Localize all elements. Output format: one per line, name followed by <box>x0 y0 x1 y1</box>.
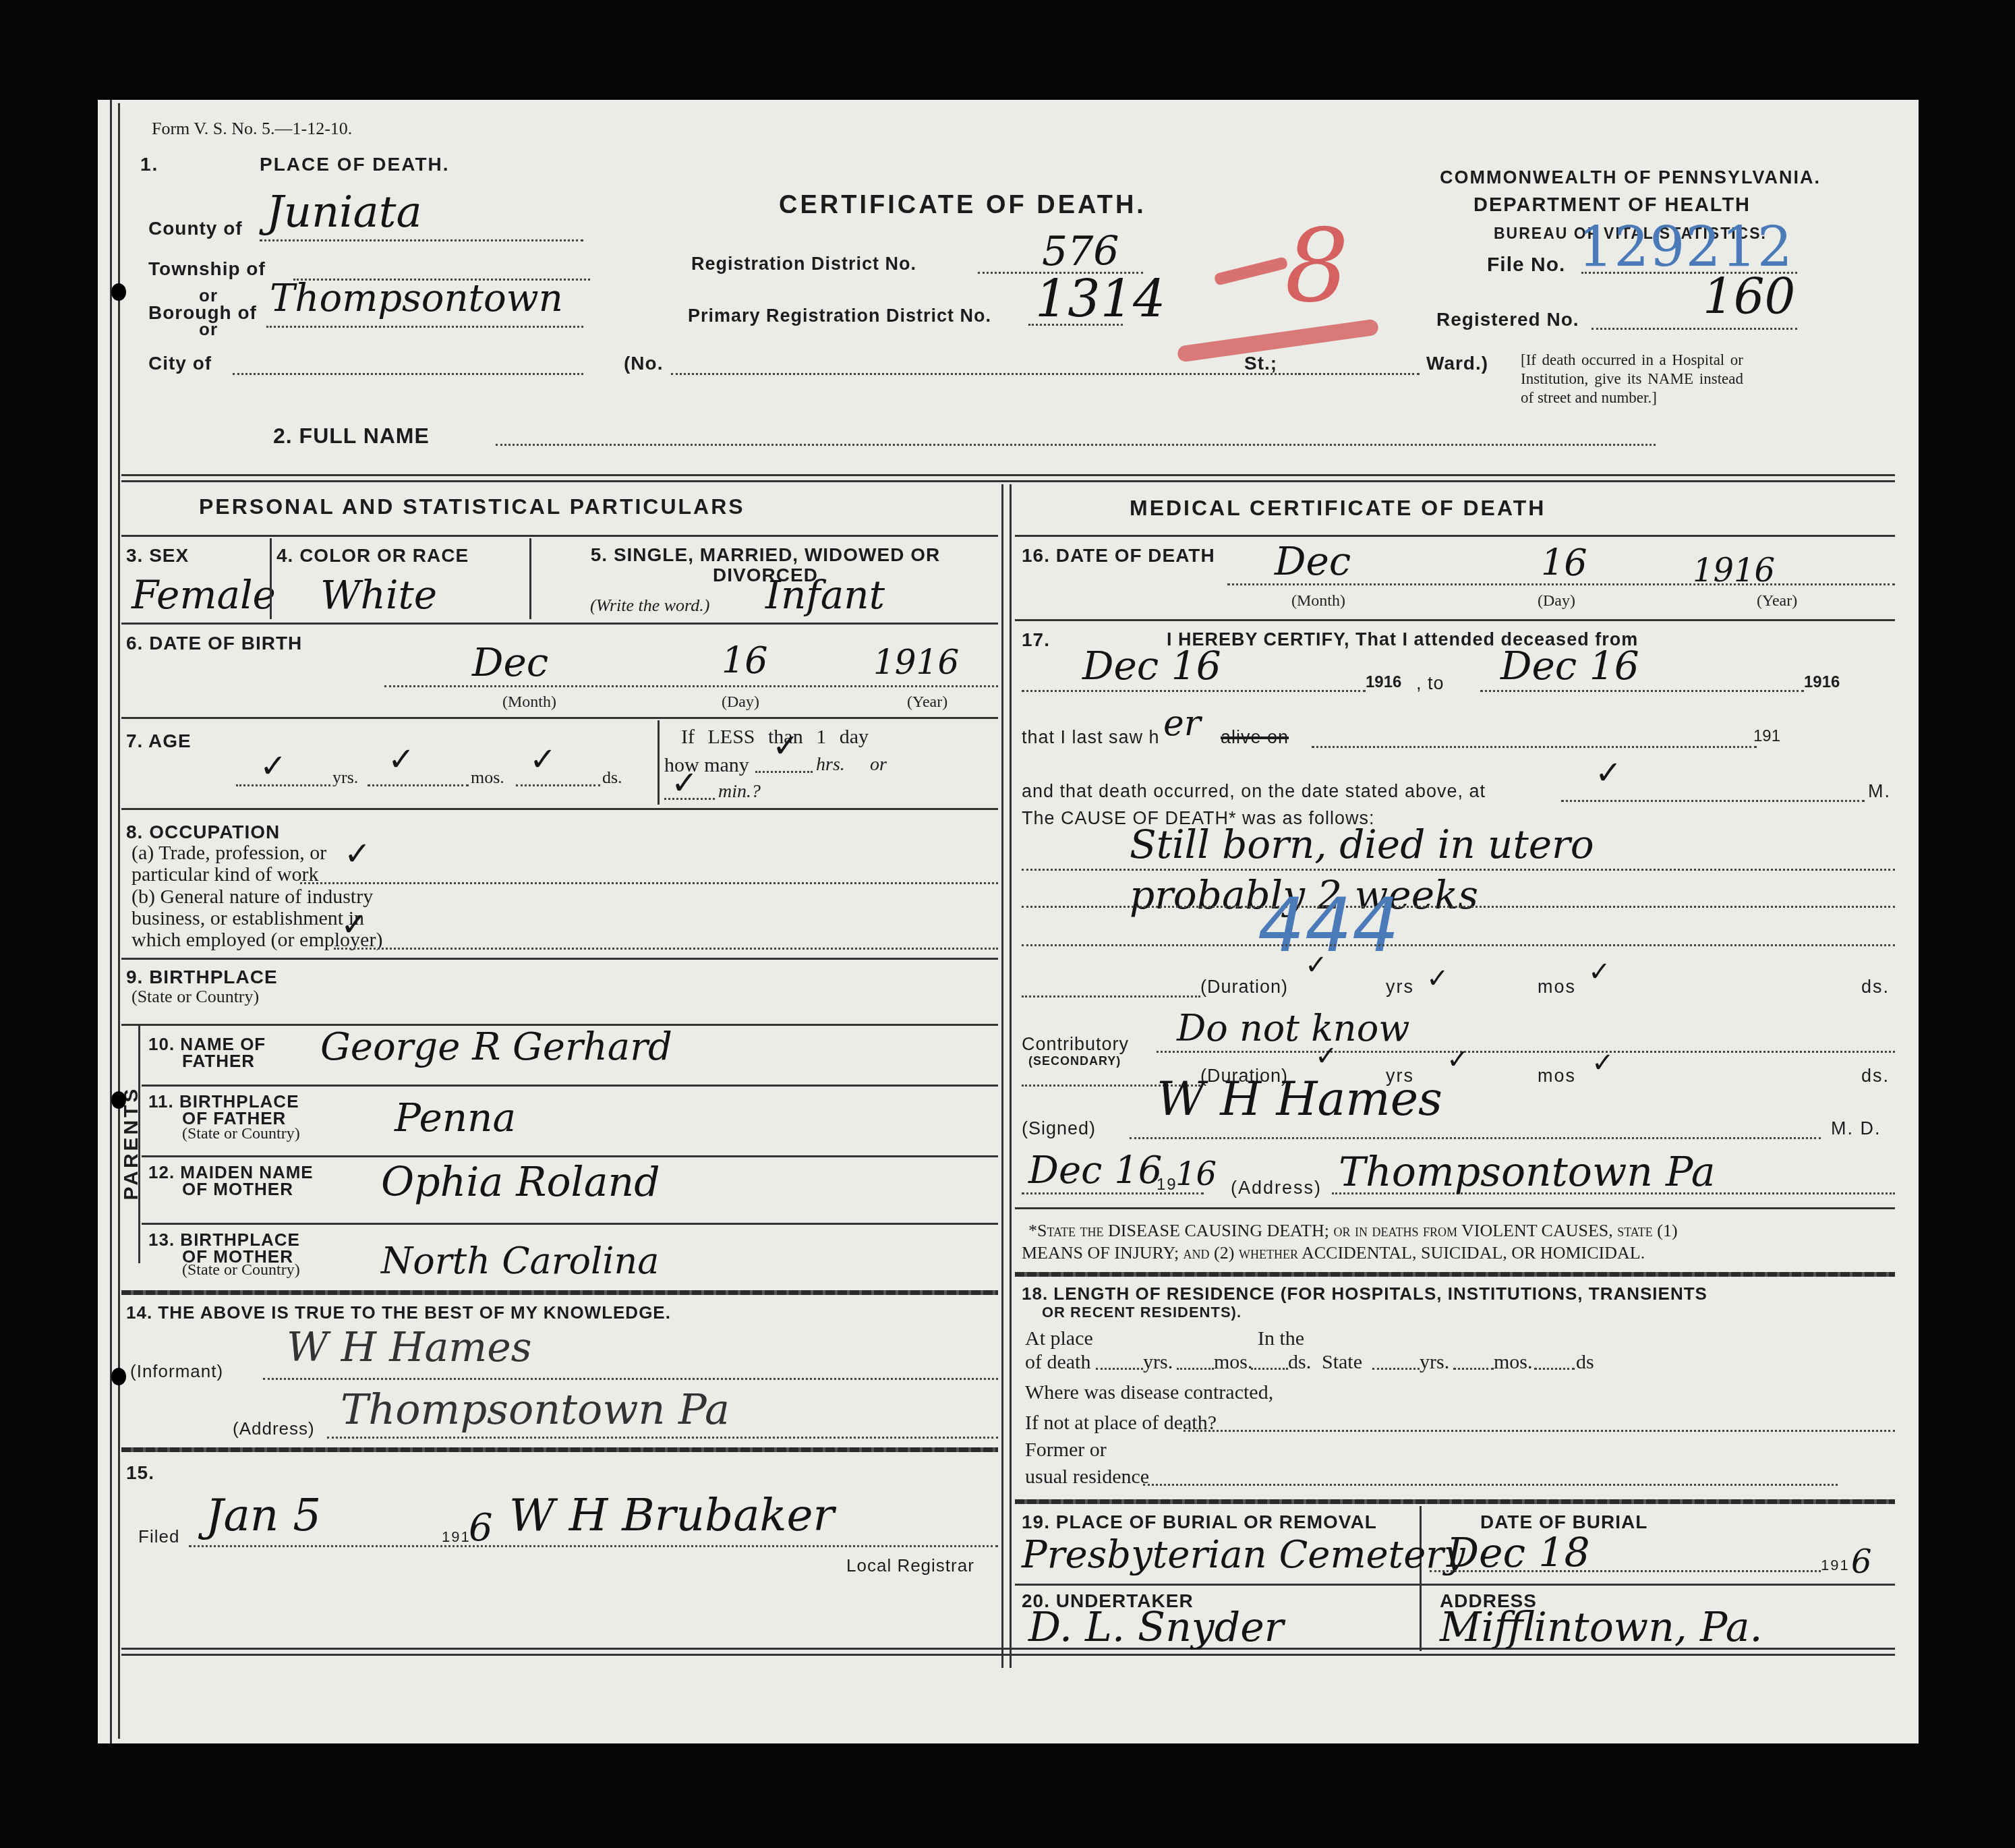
city-line <box>233 373 583 375</box>
street-st-label: St.; <box>1244 353 1277 374</box>
marital-value[interactable]: Infant <box>765 572 885 618</box>
month-caption: (Month) <box>1291 592 1345 610</box>
punch-hole <box>111 283 126 301</box>
age-mos-line <box>368 784 469 786</box>
age-ds-line <box>516 784 600 786</box>
row-divider <box>142 1085 998 1087</box>
cause-line <box>1022 906 1895 908</box>
in-the-text: In the <box>1258 1327 1304 1350</box>
mos-caption: mos. <box>471 768 504 788</box>
informant-address-caption: (Address) <box>233 1418 315 1439</box>
duration-line <box>1022 995 1200 998</box>
file-no-label: File No. <box>1487 254 1565 277</box>
contributory-value[interactable]: Do not know <box>1177 1007 1409 1049</box>
duration2-ds-check[interactable]: ✓ <box>1591 1047 1614 1078</box>
state-text: State <box>1322 1351 1362 1374</box>
row-divider <box>142 1223 998 1225</box>
month-caption: (Month) <box>502 693 556 712</box>
registered-no-label: Registered No. <box>1436 309 1579 330</box>
issuer-line2: DEPARTMENT OF HEALTH <box>1473 194 1751 216</box>
yrs-caption: yrs. <box>1420 1351 1449 1374</box>
full-name-label: 2. FULL NAME <box>273 424 430 449</box>
res-line <box>1096 1368 1143 1370</box>
row-divider <box>121 808 998 810</box>
punch-hole <box>111 1091 126 1109</box>
township-label: Township of <box>148 258 266 280</box>
occupation-a-line1: (a) Trade, profession, or <box>132 842 326 865</box>
res-line <box>1372 1368 1420 1370</box>
mos-caption: mos <box>1538 977 1576 998</box>
dob-year[interactable]: 1916 <box>873 643 959 682</box>
filed-year-prefix: 191 <box>442 1528 471 1546</box>
sign-year-suffix[interactable]: 16 <box>1175 1155 1217 1193</box>
yrs-caption: yrs. <box>332 768 358 788</box>
hrs-caption: hrs. <box>816 754 845 776</box>
dob-day[interactable]: 16 <box>722 639 768 682</box>
yrs-caption: yrs. <box>1143 1351 1173 1374</box>
occupation-a-line <box>300 882 998 884</box>
red-underline-mark <box>1177 318 1379 363</box>
ds-caption: ds. <box>602 768 622 788</box>
mother-bp-sub: (State or Country) <box>182 1261 300 1279</box>
sign-year-prefix: 19 <box>1157 1176 1177 1194</box>
race-value[interactable]: White <box>320 572 437 618</box>
less-min-check[interactable]: ✓ <box>671 764 698 802</box>
duration1-mos-check[interactable]: ✓ <box>1426 963 1449 994</box>
dod-day[interactable]: 16 <box>1541 542 1587 584</box>
age-ds-check[interactable]: ✓ <box>529 741 556 778</box>
hospital-note: [If death occurred in a Hospital or Inst… <box>1521 351 1743 407</box>
contracted-line <box>1184 1430 1895 1432</box>
birthplace-label: 9. BIRTHPLACE <box>126 966 278 988</box>
city-label: City of <box>148 353 212 374</box>
attended-from-year: 1916 <box>1366 673 1401 692</box>
informant-address-line <box>327 1437 998 1439</box>
ward-line <box>1298 373 1420 375</box>
row-divider <box>121 535 998 537</box>
cell-divider <box>658 720 660 805</box>
county-label: County of <box>148 218 243 239</box>
section-divider <box>121 1447 998 1452</box>
informant-statement: 14. THE ABOVE IS TRUE TO THE BEST OF MY … <box>126 1302 671 1323</box>
issuer-line1: COMMONWEALTH OF PENNSYLVANIA. <box>1440 167 1821 188</box>
age-mos-check[interactable]: ✓ <box>388 741 415 778</box>
less-hrs-check[interactable]: ✓ <box>772 727 799 765</box>
year-caption: (Year) <box>907 693 947 712</box>
primary-district-label: Primary Registration District No. <box>688 306 991 326</box>
filed-number: 15. <box>126 1462 154 1484</box>
attended-from-line <box>1022 690 1366 692</box>
contributory-line <box>1157 1051 1895 1053</box>
day-caption: (Day) <box>1538 592 1575 610</box>
min-caption: min.? <box>718 781 761 803</box>
dob-month[interactable]: Dec <box>472 639 548 685</box>
row-divider <box>1015 619 1895 621</box>
occupation-a-line2: particular kind of work <box>132 863 318 886</box>
section-divider <box>121 474 1895 482</box>
punch-hole <box>111 1368 126 1385</box>
to-label: , to <box>1416 673 1444 694</box>
county-value[interactable]: Juniata <box>266 187 422 237</box>
undertaker-address-value[interactable]: Mifflintown, Pa. <box>1440 1604 1763 1651</box>
informant-caption: (Informant) <box>130 1361 223 1382</box>
mos-caption: mos. <box>1494 1351 1533 1374</box>
physician-signature[interactable]: W H Hames <box>1157 1071 1442 1126</box>
occupation-label: 8. OCCUPATION <box>126 821 280 843</box>
occupation-b-check[interactable]: ✓ <box>341 906 368 944</box>
cause-line <box>1022 944 1895 946</box>
race-label: 4. COLOR OR RACE <box>276 545 469 567</box>
local-registrar-caption: Local Registrar <box>846 1555 974 1576</box>
usual-residence-line <box>1143 1484 1838 1486</box>
res-line <box>1177 1368 1214 1370</box>
death-time-check[interactable]: ✓ <box>1595 754 1622 792</box>
occupation-a-check[interactable]: ✓ <box>344 835 371 873</box>
occupation-b-line1: (b) General nature of industry <box>132 886 373 908</box>
dod-month[interactable]: Dec <box>1275 538 1351 584</box>
mos-caption: mos. <box>1214 1351 1253 1374</box>
cell-divider <box>270 538 272 619</box>
duration2-mos-check[interactable]: ✓ <box>1447 1044 1469 1075</box>
blue-code: 444 <box>1258 882 1399 969</box>
burial-place-label: 19. PLACE OF BURIAL OR REMOVAL <box>1022 1511 1377 1533</box>
section-divider <box>1015 1272 1895 1277</box>
row-divider <box>1015 1207 1895 1209</box>
last-saw-year: 191 <box>1753 727 1780 746</box>
full-name-line <box>496 444 1656 446</box>
md-label: M. D. <box>1831 1118 1881 1139</box>
primary-district-value[interactable]: 1314 <box>1035 268 1165 328</box>
father-name-value[interactable]: George R Gerhard <box>320 1025 672 1069</box>
of-death-text: of death <box>1025 1351 1090 1374</box>
contributory-label: Contributory <box>1022 1034 1129 1055</box>
duration1-ds-check[interactable]: ✓ <box>1588 956 1611 987</box>
former-text: Former or <box>1025 1439 1107 1462</box>
binding-rule <box>110 100 112 1743</box>
day-caption: (Day) <box>722 693 759 712</box>
medical-heading: MEDICAL CERTIFICATE OF DEATH <box>1130 496 1546 521</box>
row-divider <box>142 1155 998 1157</box>
red-annotation: 8 <box>1285 208 1349 325</box>
signed-line <box>1130 1137 1821 1139</box>
attended-to-value[interactable]: Dec 16 <box>1500 643 1639 689</box>
year-caption: (Year) <box>1757 592 1797 610</box>
duration-caption: (Duration) <box>1200 977 1288 998</box>
place-of-death-number: 1. <box>140 154 158 175</box>
street-line <box>671 373 1305 375</box>
father-birthplace-value[interactable]: Penna <box>395 1095 516 1140</box>
occupation-b-line <box>334 948 998 950</box>
attended-to-line <box>1480 690 1804 692</box>
burial-place-value[interactable]: Presbyterian Cemetery <box>1022 1533 1465 1577</box>
form-id: Form V. S. No. 5.—1-12-10. <box>152 119 352 139</box>
row-divider <box>1015 535 1895 537</box>
borough-value[interactable]: Thompsontown <box>270 277 563 320</box>
res-line <box>1534 1368 1575 1370</box>
sign-address-caption: (Address) <box>1231 1178 1322 1199</box>
personal-heading: PERSONAL AND STATISTICAL PARTICULARS <box>199 494 745 519</box>
red-dash-mark <box>1213 256 1288 286</box>
cause-line <box>1022 869 1895 871</box>
ds-caption: ds <box>1576 1351 1594 1374</box>
filed-year-suffix[interactable]: 6 <box>469 1506 493 1550</box>
ds-caption: ds. <box>1861 977 1890 998</box>
binding-rule <box>118 103 120 1739</box>
cause-line-1[interactable]: Still born, died in utero <box>1130 821 1594 867</box>
death-occurred-text: and that death occurred, on the date sta… <box>1022 781 1486 802</box>
row-divider <box>1015 1584 1895 1586</box>
sign-date-value[interactable]: Dec 16 <box>1028 1149 1162 1192</box>
yrs-caption: yrs <box>1386 977 1414 998</box>
dob-label: 6. DATE OF BIRTH <box>126 633 302 654</box>
ds-caption: ds. <box>1861 1066 1890 1087</box>
row-divider <box>121 717 998 719</box>
attended-from-value[interactable]: Dec 16 <box>1082 643 1221 689</box>
borough-line <box>266 326 583 328</box>
filed-line <box>189 1545 998 1547</box>
sign-address-value[interactable]: Thompsontown Pa <box>1339 1149 1715 1196</box>
ds-caption: ds. <box>1288 1351 1311 1374</box>
row-divider <box>121 958 998 960</box>
sex-value[interactable]: Female <box>132 572 276 618</box>
mos-caption: mos <box>1538 1066 1576 1087</box>
place-of-death-heading: PLACE OF DEATH. <box>260 154 449 175</box>
section-divider <box>1015 1499 1895 1504</box>
usual-residence-text: usual residence <box>1025 1466 1149 1489</box>
last-saw-line <box>1312 746 1757 748</box>
column-divider <box>1010 484 1012 1668</box>
res-line <box>1251 1368 1288 1370</box>
filed-label: Filed <box>138 1526 179 1547</box>
at-place-text: At place <box>1025 1327 1093 1350</box>
father-label-2: FATHER <box>182 1051 255 1072</box>
burial-date-value[interactable]: Dec 18 <box>1447 1530 1590 1577</box>
footnote-line-1: *State the DISEASE CAUSING DEATH; or in … <box>1028 1221 1678 1241</box>
mother-name-value[interactable]: Ophia Roland <box>381 1159 660 1206</box>
parents-side-label: PARENTS <box>120 1042 143 1244</box>
county-line <box>260 239 583 241</box>
duration2-yrs-check[interactable]: ✓ <box>1315 1041 1338 1072</box>
certificate-paper: Form V. S. No. 5.—1-12-10. 1. PLACE OF D… <box>98 100 1919 1743</box>
column-divider <box>1001 484 1003 1668</box>
section-divider <box>121 1290 998 1295</box>
hrs-line <box>755 771 813 773</box>
burial-year-prefix: 191 <box>1821 1557 1850 1574</box>
burial-year-suffix[interactable]: 6 <box>1851 1543 1872 1581</box>
father-bp-sub: (State or Country) <box>182 1125 300 1143</box>
marital-hint: (Write the word.) <box>590 596 709 616</box>
registration-district-label: Registration District No. <box>691 254 916 275</box>
age-label: 7. AGE <box>126 730 192 752</box>
or-label: or <box>199 319 218 340</box>
cell-divider <box>529 538 531 619</box>
res-line <box>1453 1368 1494 1370</box>
mother-birthplace-value[interactable]: North Carolina <box>381 1240 660 1282</box>
sex-label: 3. SEX <box>126 545 189 567</box>
m-label: M. <box>1868 781 1891 802</box>
registrar-signature[interactable]: W H Brubaker <box>509 1489 834 1541</box>
alive-on-struck: alive on <box>1221 727 1289 748</box>
where-contracted-text: Where was disease contracted, <box>1025 1381 1273 1404</box>
street-no-label: (No. <box>624 353 663 374</box>
ward-label: Ward.) <box>1426 353 1488 374</box>
last-saw-value[interactable]: er <box>1163 703 1201 744</box>
filed-date-value[interactable]: Jan 5 <box>206 1489 321 1541</box>
age-yrs-check[interactable]: ✓ <box>260 747 287 785</box>
certify-number: 17. <box>1022 629 1050 651</box>
residence-label: 18. LENGTH OF RESIDENCE (FOR HOSPITALS, … <box>1022 1283 1707 1304</box>
informant-value[interactable]: W H Hames <box>287 1324 531 1371</box>
or-caption: or <box>870 754 887 776</box>
document-title: CERTIFICATE OF DEATH. <box>779 191 1146 220</box>
dod-year[interactable]: 1916 <box>1693 552 1775 589</box>
mother-label-2: OF MOTHER <box>182 1179 293 1200</box>
informant-line <box>263 1378 998 1380</box>
registered-no-line <box>1591 328 1797 330</box>
dob-line <box>384 685 998 687</box>
residence-label-2: OR RECENT RESIDENTS). <box>1042 1304 1242 1321</box>
occupation-b-line2: business, or establishment in <box>132 907 364 930</box>
row-divider <box>121 623 998 625</box>
attended-to-year: 1916 <box>1804 673 1840 692</box>
birthplace-sub: (State or Country) <box>132 987 259 1007</box>
contributory-sub: (SECONDARY) <box>1028 1054 1121 1068</box>
dod-label: 16. DATE OF DEATH <box>1022 545 1215 567</box>
duration1-yrs-check[interactable]: ✓ <box>1305 950 1328 981</box>
last-saw-text: that I last saw h <box>1022 727 1160 748</box>
signed-caption: (Signed) <box>1022 1118 1096 1139</box>
informant-address-value[interactable]: Thompsontown Pa <box>341 1385 730 1434</box>
footnote-line-2: MEANS OF INJURY; and (2) whether ACCIDEN… <box>1022 1243 1645 1263</box>
cell-divider <box>1420 1506 1422 1651</box>
undertaker-value[interactable]: D. L. Snyder <box>1028 1604 1283 1651</box>
registered-no-value[interactable]: 160 <box>1703 268 1795 325</box>
death-time-line <box>1561 800 1865 802</box>
